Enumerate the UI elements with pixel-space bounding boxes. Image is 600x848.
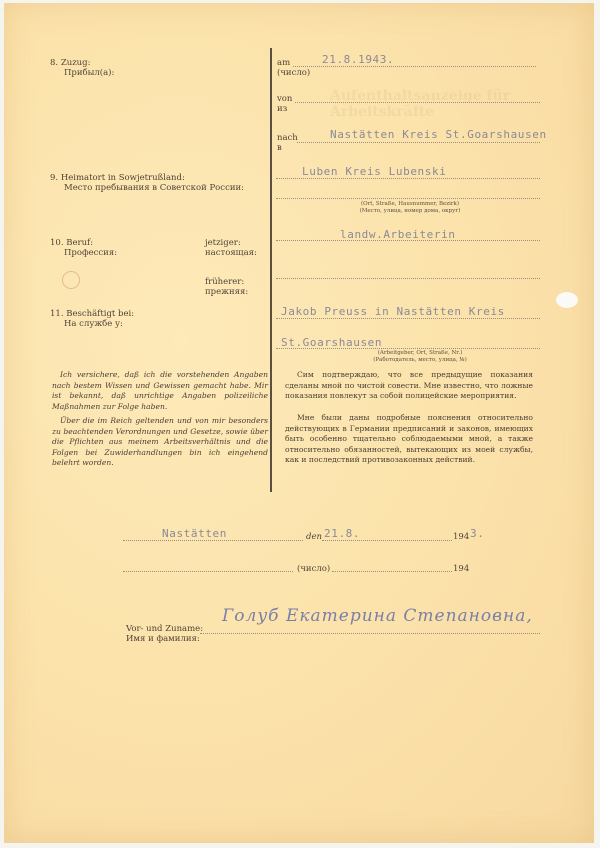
employer-line-1 [276, 318, 540, 319]
date-field[interactable]: 21.8. [324, 527, 360, 540]
item8-nach-label: nach в [277, 133, 298, 153]
ru-date-label: (число) [297, 564, 330, 574]
arrival-place-field[interactable]: Nastätten Kreis St.Goarshausen [330, 128, 547, 141]
employer-caption: (Arbeitgeber, Ort, Straße, Nr.) (Работод… [340, 350, 500, 363]
ru-year-prefix: 194 [453, 564, 469, 574]
declaration-de-para1: Ich versichere, daß ich die vorstehenden… [52, 370, 268, 412]
ru-place-line [123, 571, 293, 572]
item8-am-label: am (число) [277, 58, 310, 78]
item8-label: 8. Zuzug: Прибыл(а): [50, 58, 114, 78]
year-suffix-field[interactable]: 3. [470, 527, 484, 540]
signature-name-field[interactable]: Голуб Екатерина Степановна, [222, 606, 533, 626]
column-divider [270, 48, 272, 492]
hometown-line [276, 178, 540, 179]
nach-line [297, 142, 540, 143]
place-line [123, 540, 303, 541]
item10-label: 10. Beruf: Профессия: [50, 238, 117, 258]
am-line [293, 66, 536, 67]
faded-stamp-mark [62, 271, 80, 289]
place-field[interactable]: Nastätten [162, 527, 227, 540]
declaration-ru-para2: Мне были даны подробные пояснения относи… [285, 413, 533, 466]
punch-hole [556, 292, 578, 308]
former-profession-field[interactable] [276, 278, 540, 279]
hometown-line-2 [276, 198, 540, 199]
declaration-de-para2: Über die im Reich geltenden und von mir … [52, 416, 268, 469]
arrival-date-field[interactable]: 21.8.1943. [322, 53, 394, 66]
year-prefix: 194 [453, 532, 469, 542]
current-profession-field[interactable]: landw.Arbeiterin [340, 228, 456, 241]
bleed-through-text: Aufenthaltsanzeige für Arbeitskräfte [330, 88, 600, 120]
declaration-ru-para1: Сим подтверждаю, что все предыдущие пока… [285, 370, 533, 402]
von-field[interactable] [295, 102, 540, 103]
employer-line-2 [276, 348, 540, 349]
former-profession-label: früherer: прежняя: [205, 277, 248, 297]
name-label: Vor- und Zuname: Имя и фамилия: [126, 624, 203, 644]
name-line [200, 633, 540, 634]
hometown-caption: (Ort, Straße, Hausnummer, Bezirk) (Место… [330, 201, 490, 214]
employer-field-line1[interactable]: Jakob Preuss in Nastätten Kreis [281, 305, 505, 318]
item8-von-label: von из [277, 94, 292, 114]
item9-label: 9. Heimatort in Sowjetrußland: Место пре… [50, 173, 244, 193]
den-label: den [306, 532, 322, 542]
ru-date-line [332, 571, 452, 572]
current-profession-label: jetziger: настоящая: [205, 238, 257, 258]
date-line [322, 540, 452, 541]
item11-label: 11. Beschäftigt bei: На службе у: [50, 309, 134, 329]
hometown-field[interactable]: Luben Kreis Lubenski [302, 165, 446, 178]
